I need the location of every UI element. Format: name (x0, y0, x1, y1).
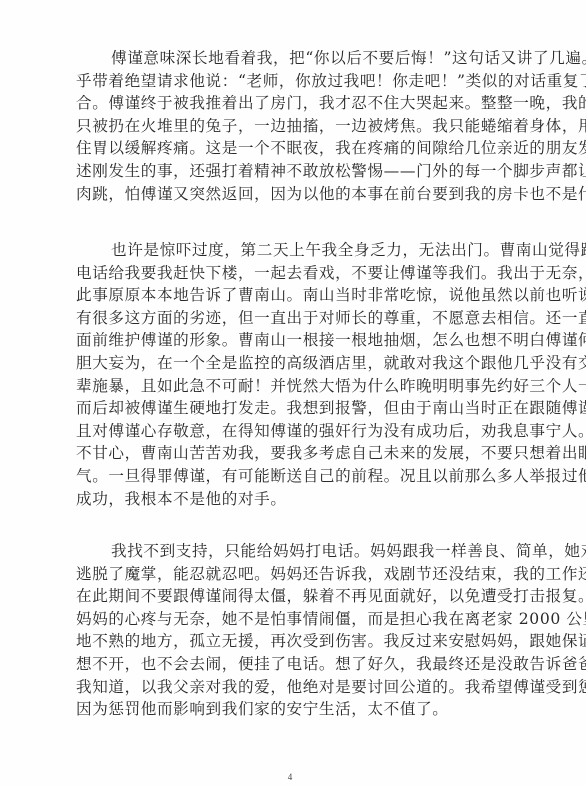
paragraph-line: 此事原原本本地告诉了曹南山。南山当时非常吃惊，说他虽然以前也听说过傅谨 (76, 284, 504, 307)
paragraph-line: 逃脱了魔掌，能忍就忍吧。妈妈还告诉我，戏剧节还没结束，我的工作还没完成， (76, 563, 504, 586)
paragraph-line: 只被扔在火堆里的兔子，一边抽搐，一边被烤焦。我只能蜷缩着身体，用枕头抵 (76, 115, 504, 138)
paragraph-line: 且对傅谨心存敬意，在得知傅谨的强奸行为没有成功后，劝我息事宁人。我表示 (76, 420, 504, 443)
paragraph-line: 气。一旦得罪傅谨，有可能断送自己的前程。况且以前那么多人举报过他，都没 (76, 465, 504, 488)
paragraph-line: 面前维护傅谨的形象。曹南山一根接一根地抽烟，怎么也想不明白傅谨何以如此 (76, 329, 504, 352)
paragraph-line: 合。傅谨终于被我推着出了房门，我才忍不住大哭起来。整整一晚，我的胃像一 (76, 92, 504, 115)
paragraph-line: 妈妈的心疼与无奈，她不是怕事情闹僵，而是担心我在离老家 2000 公里外人生 (76, 608, 504, 631)
paragraph-line: 在此期间不要跟傅谨闹得太僵，躲着不再见面就好，以免遭受打击报复。我理解 (76, 585, 504, 608)
paragraph-line: 有很多这方面的劣迹，但一直出于对师长的尊重，不愿意去相信。还一直在外人 (76, 307, 504, 330)
paragraph-line: 我找不到支持，只能给妈妈打电话。妈妈跟我一样善良、简单，她劝我既然 (76, 540, 504, 563)
paragraph-line: 辈施暴，且如此急不可耐！并恍然大悟为什么昨晚明明事先约好三个人一起聊天， (76, 375, 504, 398)
document-page: 傅谨意味深长地看着我，把“你以后不要后悔！”这句话又讲了几遍。我几 乎带着绝望请… (0, 0, 586, 786)
paragraph-line: 住胃以缓解疼痛。这是一个不眠夜，我在疼痛的间隙给几位亲近的朋友发消息讲 (76, 137, 504, 160)
paragraph-line: 想不开，也不会去闹，便挂了电话。想了好久，我最终还是没敢告诉爸爸。因为 (76, 653, 504, 676)
paragraph-1: 傅谨意味深长地看着我，把“你以后不要后悔！”这句话又讲了几遍。我几 乎带着绝望请… (76, 47, 504, 205)
paragraph-line: 肉跳，怕傅谨又突然返回，因为以他的本事在前台要到我的房卡也不是什么难事。 (76, 183, 504, 206)
paragraph-line: 而后却被傅谨生硬地打发走。我想到报警，但由于南山当时正在跟随傅谨做事， (76, 397, 504, 420)
paragraph-3: 我找不到支持，只能给妈妈打电话。妈妈跟我一样善良、简单，她劝我既然 逃脱了魔掌，… (76, 540, 504, 721)
paragraph-line: 因为惩罚他而影响到我们家的安宁生活，太不值了。 (76, 698, 504, 721)
paragraph-line: 乎带着绝望请求他说：“老师，你放过我吧！你走吧！”类似的对话重复了几个回 (76, 70, 504, 93)
paragraph-line: 电话给我要我赶快下楼，一起去看戏，不要让傅谨等我们。我出于无奈，只好将 (76, 262, 504, 285)
paragraph-line: 不甘心，曹南山苦苦劝我，要我多考虑自己未来的发展，不要只想着出眼前一口 (76, 442, 504, 465)
paragraph-line: 傅谨意味深长地看着我，把“你以后不要后悔！”这句话又讲了几遍。我几 (76, 47, 504, 70)
paragraph-line: 我知道，以我父亲对我的爱，他绝对是要讨回公道的。我希望傅谨受到惩罚，但 (76, 676, 504, 699)
paragraph-2: 也许是惊吓过度，第二天上午我全身乏力，无法出门。曹南山觉得蹊跷，打 电话给我要我… (76, 239, 504, 510)
paragraph-line: 胆大妄为，在一个全是监控的高级酒店里，就敢对我这个跟他几乎没有交集的晚 (76, 352, 504, 375)
paragraph-line: 成功，我根本不是他的对手。 (76, 488, 504, 511)
paragraph-line: 述刚发生的事，还强打着精神不敢放松警惕——门外的每一个脚步声都让我心惊 (76, 160, 504, 183)
paragraph-line: 地不熟的地方，孤立无援，再次受到伤害。我反过来安慰妈妈，跟她保证我不会 (76, 630, 504, 653)
page-number: 4 (284, 772, 296, 782)
paragraph-line: 也许是惊吓过度，第二天上午我全身乏力，无法出门。曹南山觉得蹊跷，打 (76, 239, 504, 262)
